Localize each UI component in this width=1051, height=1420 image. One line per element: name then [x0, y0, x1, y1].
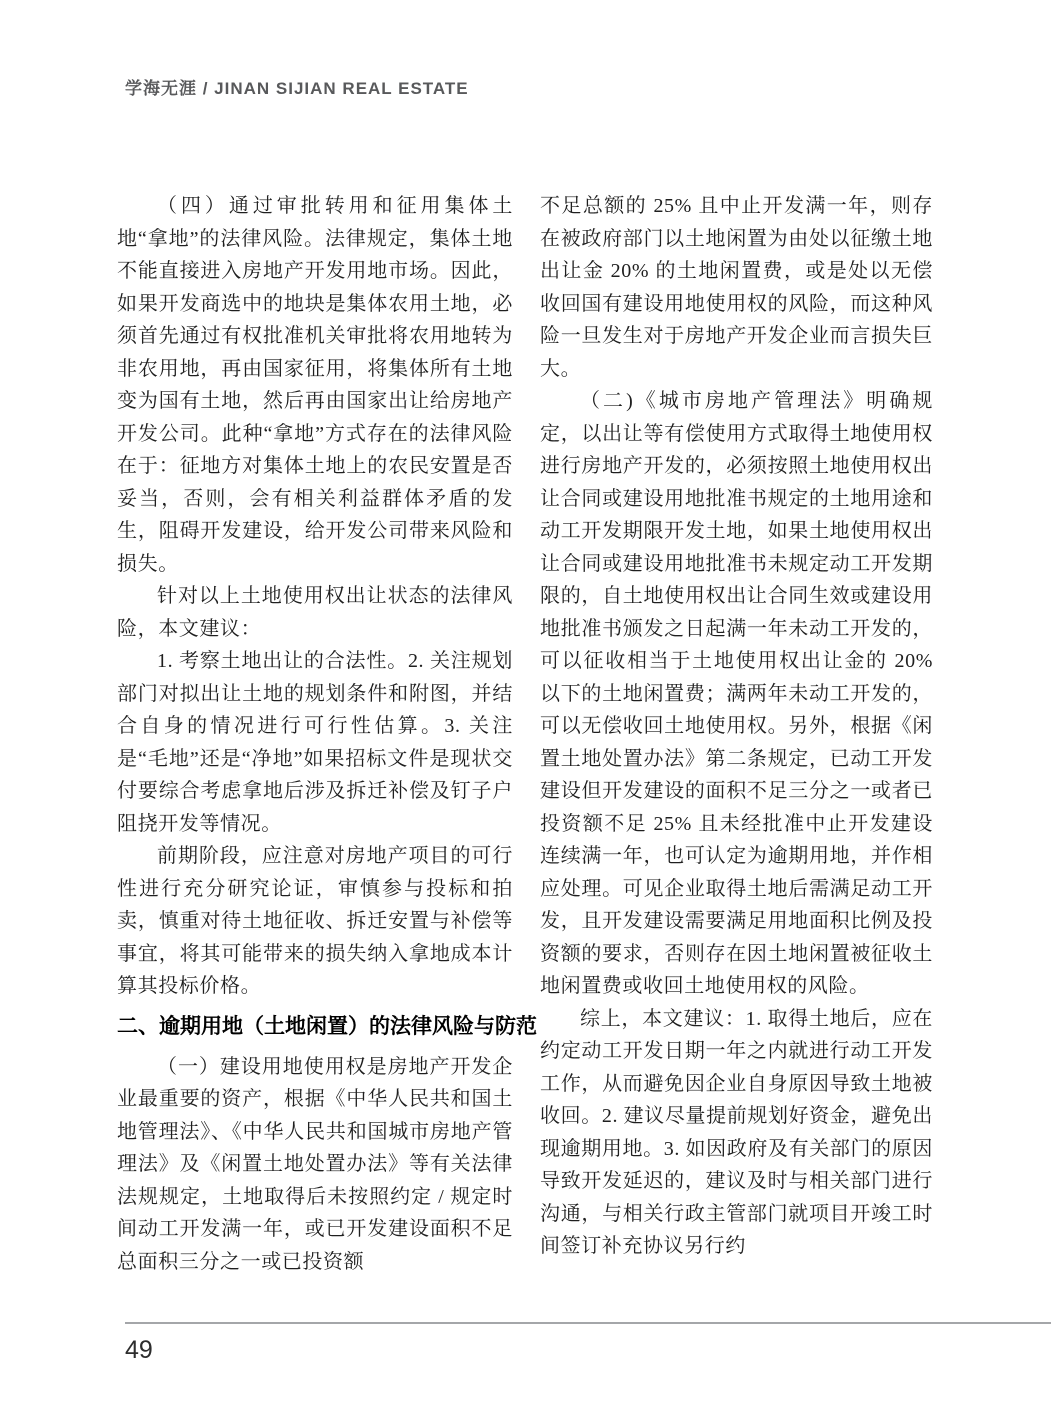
paragraph-summary-suggestions: 综上，本文建议：1. 取得土地后，应在约定动工开发日期一年之内就进行动工开发工作…: [540, 1003, 933, 1263]
page-number: 49: [125, 1336, 153, 1365]
article-body: （四）通过审批转用和征用集体土地“拿地”的法律风险。法律规定，集体土地不能直接进…: [117, 190, 933, 1278]
paragraph-continuation-idle-land-fee: 不足总额的 25% 且中止开发满一年，则存在被政府部门以土地闲置为由处以征缴土地…: [540, 190, 933, 385]
right-column: 不足总额的 25% 且中止开发满一年，则存在被政府部门以土地闲置为由处以征缴土地…: [540, 190, 933, 1278]
left-column: （四）通过审批转用和征用集体土地“拿地”的法律风险。法律规定，集体土地不能直接进…: [117, 190, 513, 1278]
paragraph-urban-real-estate-law: （二)《城市房地产管理法》明确规定，以出让等有偿使用方式取得土地使用权进行房地产…: [540, 385, 933, 1003]
footer-divider: [125, 1322, 1051, 1324]
page-header-title: 学海无涯 / JINAN SIJIAN REAL ESTATE: [125, 74, 469, 99]
paragraph-risk-suggestion-intro: 针对以上土地使用权出让状态的法律风险，本文建议：: [117, 580, 513, 645]
magazine-page: 学海无涯 / JINAN SIJIAN REAL ESTATE （四）通过审批转…: [0, 0, 1051, 1420]
paragraph-construction-land-rights: （一）建设用地使用权是房地产开发企业最重要的资产，根据《中华人民共和国土地管理法…: [117, 1051, 513, 1279]
paragraph-land-acquisition-risk: （四）通过审批转用和征用集体土地“拿地”的法律风险。法律规定，集体土地不能直接进…: [117, 190, 513, 580]
paragraph-numbered-suggestions: 1. 考察土地出让的合法性。2. 关注规划部门对拟出让土地的规划条件和附图，并结…: [117, 645, 513, 840]
paragraph-early-stage-advice: 前期阶段，应注意对房地产项目的可行性进行充分研究论证，审慎参与投标和拍卖，慎重对…: [117, 840, 513, 1003]
section-heading-overdue-land: 二、逾期用地（土地闲置）的法律风险与防范: [117, 1012, 513, 1042]
